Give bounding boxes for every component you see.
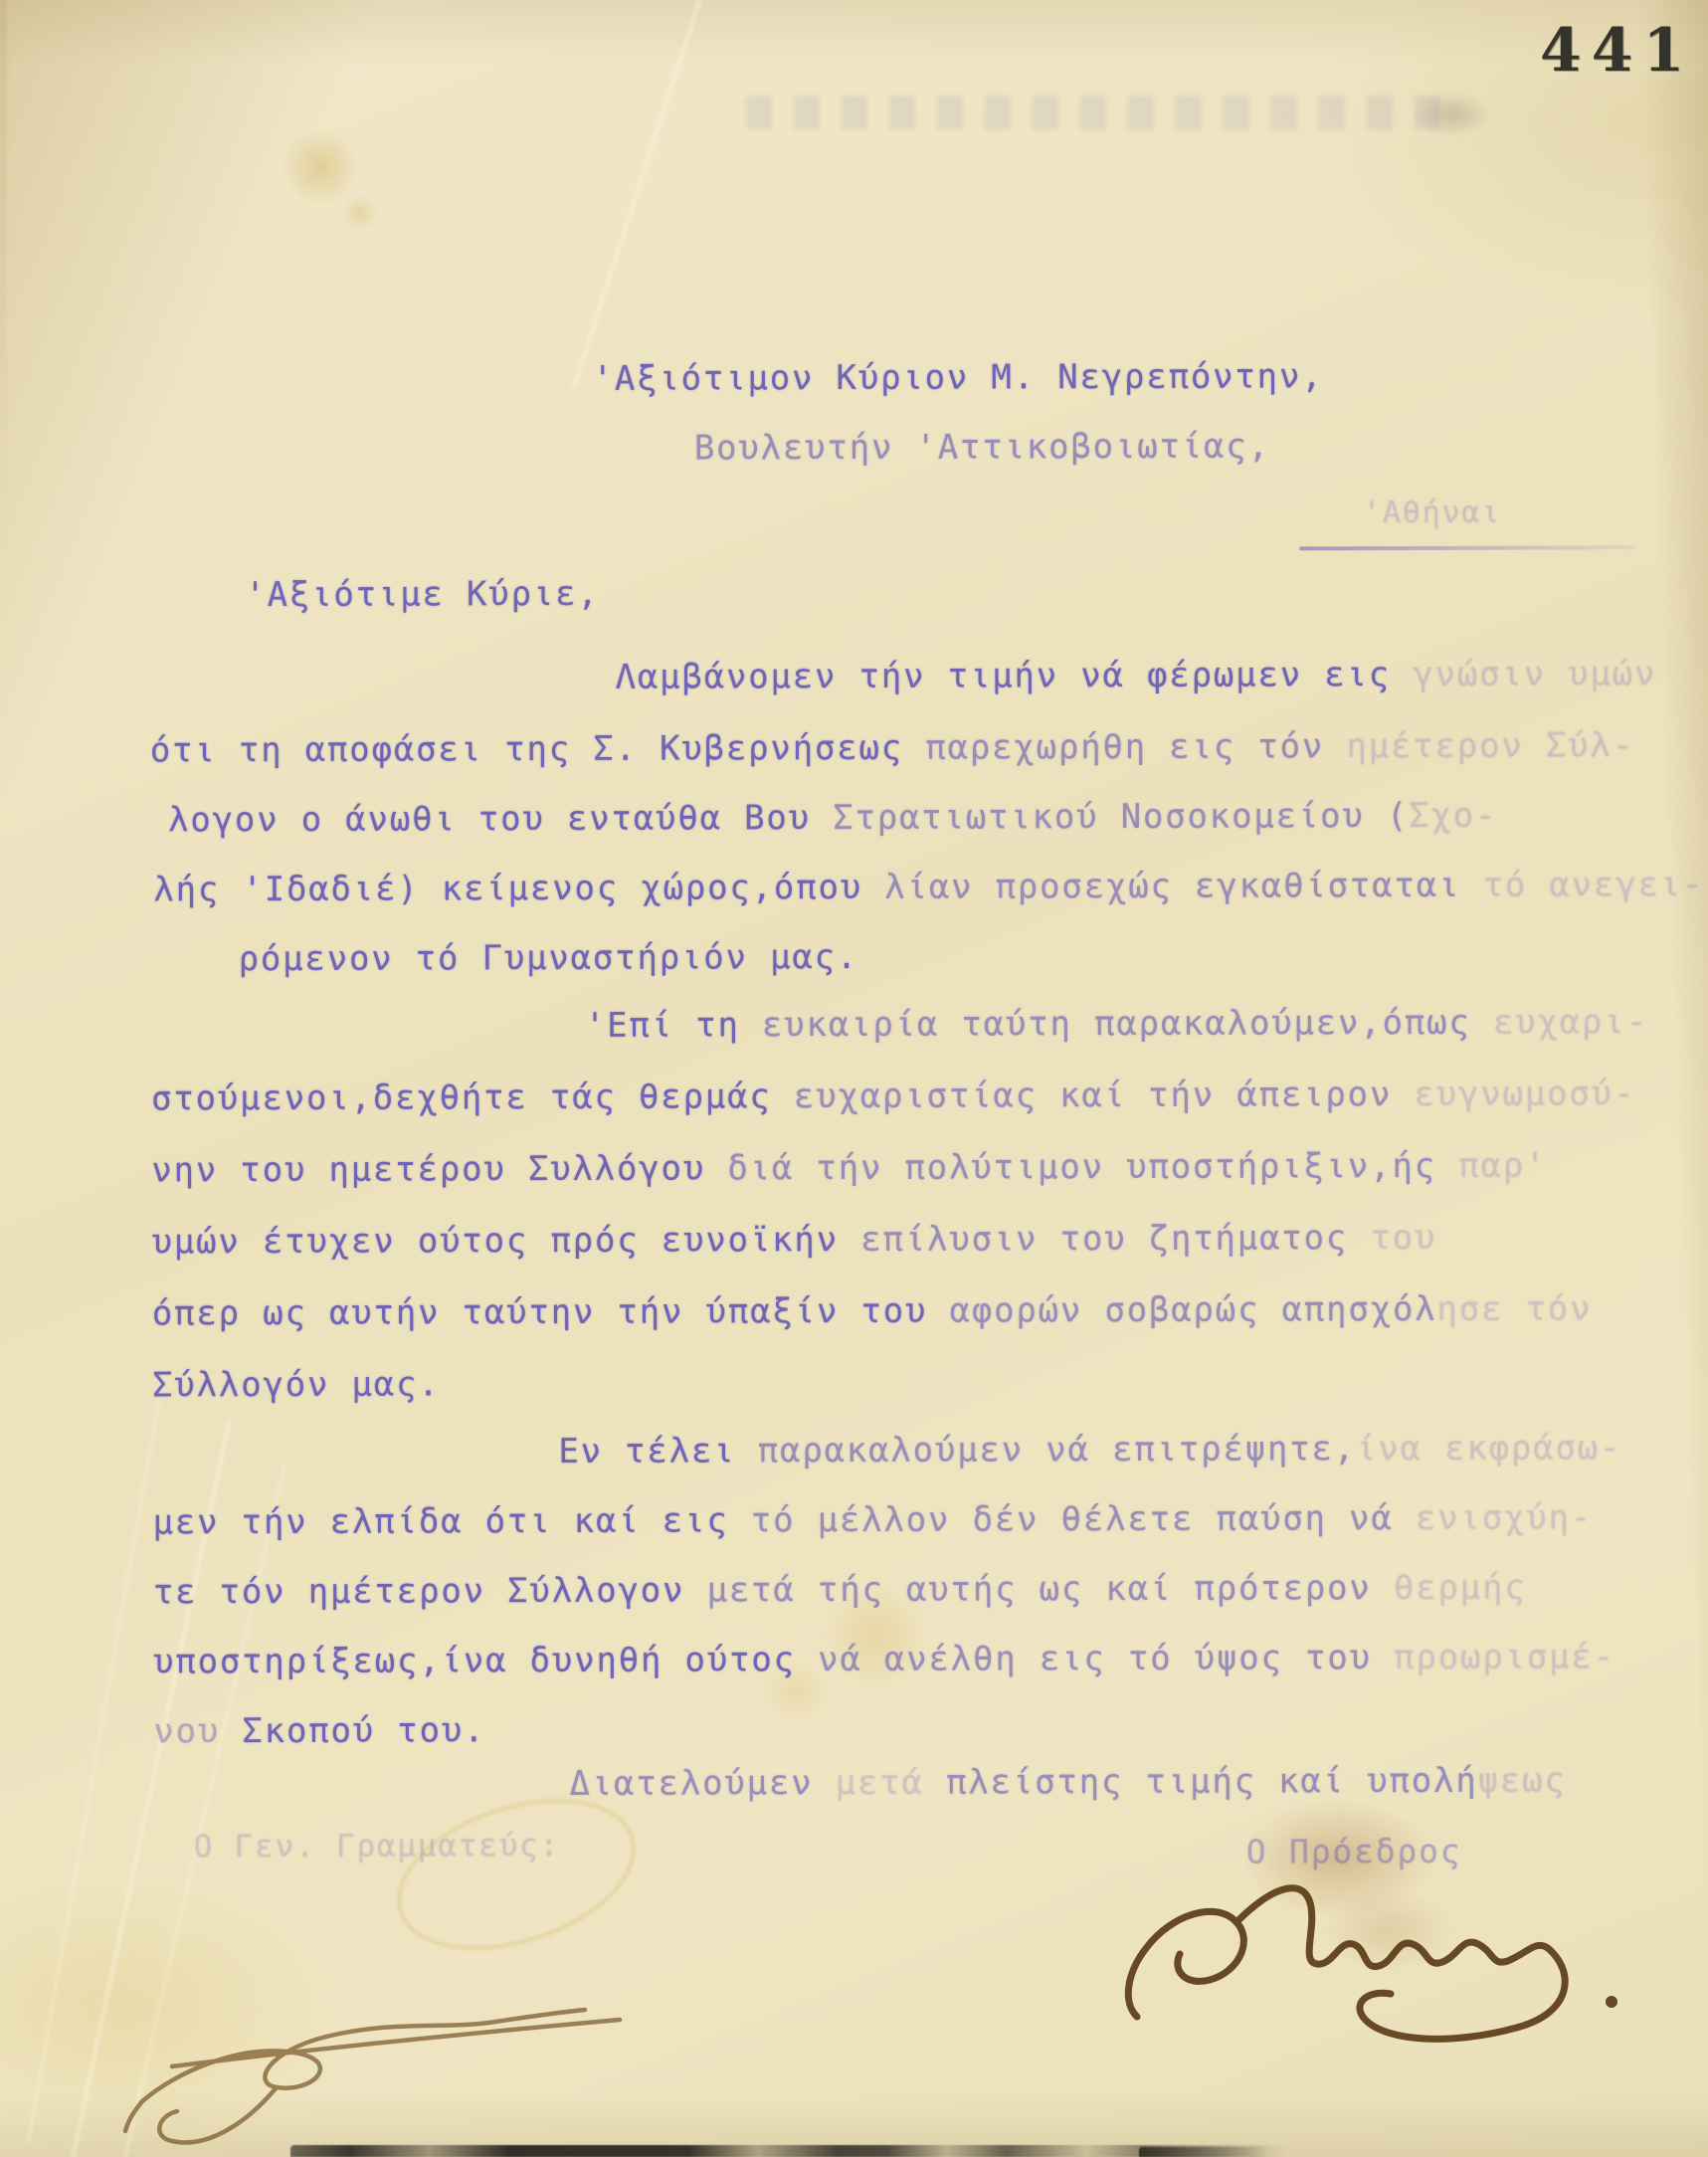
letter-line: νην του ημετέρου Συλλόγου διά τήν πολύτι… bbox=[151, 1146, 1547, 1192]
letter-line: μεν τήν ελπίδα ότι καί εις τό μέλλον δέν… bbox=[152, 1497, 1593, 1543]
letter-line: όπερ ως αυτήν ταύτην τήν ύπαξίν του αφορ… bbox=[152, 1288, 1593, 1334]
recipient-name-line: 'Αξιότιμον Κύριον Μ. Νεγρεπόντην, bbox=[592, 356, 1323, 399]
president-signature bbox=[1102, 1853, 1659, 2091]
closing-line: Διατελούμεν μετά πλείστης τιμής καί υπολ… bbox=[569, 1761, 1566, 1805]
salutation: 'Αξιότιμε Κύριε, bbox=[245, 574, 599, 616]
secretary-signature bbox=[117, 1863, 674, 2157]
letter-line: νου Σκοπού του. bbox=[153, 1710, 485, 1752]
letter-line: τε τόν ημέτερον Σύλλογον μετά τής αυτής … bbox=[153, 1568, 1527, 1614]
recipient-title-line: Βουλευτήν 'Αττικοβοιωτίας, bbox=[694, 427, 1270, 470]
letter-line: Λαμβάνομεν τήν τιμήν νά φέρωμεν εις γνώσ… bbox=[616, 654, 1657, 697]
letter-line: ρόμενον τό Γυμναστήριόν μας. bbox=[239, 937, 859, 980]
letter-line: υμών έτυχεν ούτος πρός ευνοϊκήν επίλυσιν… bbox=[151, 1218, 1436, 1263]
letter-line: Εν τέλει παρακαλούμεν νά επιτρέψητε,ίνα … bbox=[558, 1428, 1621, 1472]
letter-scan-page: 441 'Αξιότιμον Κύριον Μ. Νεγρεπόντην, Βο… bbox=[0, 0, 1708, 2157]
dateline-underline bbox=[1299, 545, 1635, 550]
letter-line: ότι τη αποφάσει της Σ. Κυβερνήσεως παρεχ… bbox=[150, 725, 1634, 771]
secretary-label: Ο Γεν. Γραμματεύς: bbox=[194, 1828, 560, 1865]
typewritten-text-layer: 'Αξιότιμον Κύριον Μ. Νεγρεπόντην, Βουλευ… bbox=[0, 0, 1708, 2157]
letter-line: λογον ο άνωθι του ενταύθα Βου Στρατιωτικ… bbox=[168, 796, 1497, 841]
letter-line: 'Επί τη ευκαιρία ταύτη παρακαλούμεν,όπως… bbox=[585, 1002, 1648, 1047]
letter-line: Σύλλογόν μας. bbox=[152, 1364, 441, 1406]
letter-line: λής 'Ιδαδιέ) κείμενος χώρος,όπου λίαν πρ… bbox=[153, 865, 1704, 910]
letter-line: υποστηρίξεως,ίνα δυνηθή ούτος νά ανέλθη … bbox=[153, 1637, 1615, 1682]
dateline: 'Αθήναι bbox=[1363, 495, 1501, 531]
letter-line: στούμενοι,δεχθήτε τάς θερμάς ευχαριστίας… bbox=[151, 1074, 1635, 1119]
